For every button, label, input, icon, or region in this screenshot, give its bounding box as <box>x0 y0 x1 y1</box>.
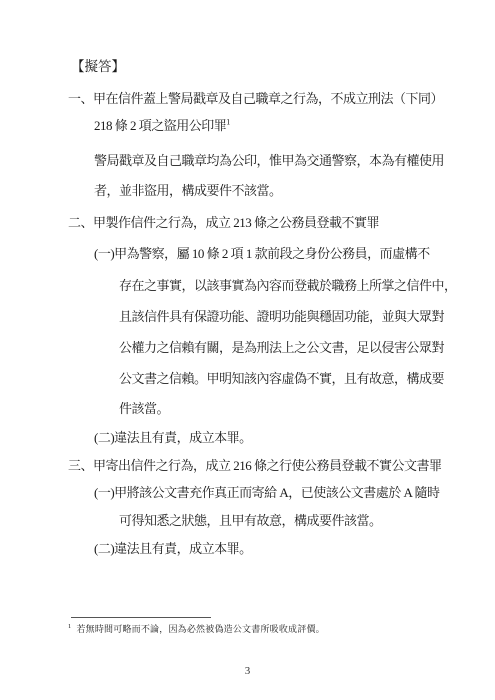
answer-heading: 【擬答】 <box>71 57 125 76</box>
doc-line: 且該信件具有保證功能、證明功能與穩固功能，並與大眾對 <box>119 307 444 326</box>
doc-line-point3-title: 三、甲寄出信件之行為，成立 216 條之行使公務員登載不實公文書罪 <box>68 456 442 475</box>
doc-line-point3-sub2: (二)違法且有責，成立本罪。 <box>94 539 252 558</box>
footnote-text: 若無時間可略而不論，因為必然被偽造公文書所吸收成評價。 <box>76 624 324 634</box>
page-number: 3 <box>0 665 495 677</box>
doc-line-text: 218 條 2 項之盜用公印罪 <box>94 118 226 133</box>
footnote-separator <box>71 617 211 618</box>
doc-line: 公權力之信賴有關，是為刑法上之公文書，足以侵害公眾對 <box>119 338 444 357</box>
doc-line: 者，並非盜用，構成要件不該當。 <box>94 181 282 200</box>
footnote: 1若無時間可略而不論，因為必然被偽造公文書所吸收成評價。 <box>68 623 325 635</box>
doc-line: 存在之事實，以該事實為內容而登載於職務上所掌之信件中， <box>119 276 457 295</box>
doc-line: 警局戳章及自己職章均為公印，惟甲為交通警察，本為有權使用 <box>94 151 444 170</box>
doc-line-point3-sub1: (一)甲將該公文書充作真正而寄給 A，已使該公文書處於 A 隨時 <box>94 483 439 502</box>
doc-line-point2-sub1: (一)甲為警察，屬 10 條 2 項 1 款前段之身份公務員，而虛構不 <box>94 244 430 263</box>
doc-line: 可得知悉之狀態，且甲有故意，構成要件該當。 <box>119 511 382 530</box>
doc-line-point1-title-cont: 218 條 2 項之盜用公印罪1 <box>94 116 230 135</box>
doc-line: 件該當。 <box>119 399 169 418</box>
doc-line-point1-title: 一、甲在信件蓋上警局戳章及自己職章之行為，不成立刑法（下同） <box>68 89 443 108</box>
doc-line-point2-title: 二、甲製作信件之行為，成立 213 條之公務員登載不實罪 <box>68 213 379 232</box>
document-page: 【擬答】 一、甲在信件蓋上警局戳章及自己職章之行為，不成立刑法（下同） 218 … <box>0 0 495 700</box>
doc-line-point2-sub2: (二)違法且有責，成立本罪。 <box>94 428 252 447</box>
footnote-marker: 1 <box>68 623 71 630</box>
doc-line: 公文書之信賴。甲明知該內容虛偽不實，且有故意，構成要 <box>119 369 444 388</box>
footnote-reference-1: 1 <box>226 118 230 127</box>
